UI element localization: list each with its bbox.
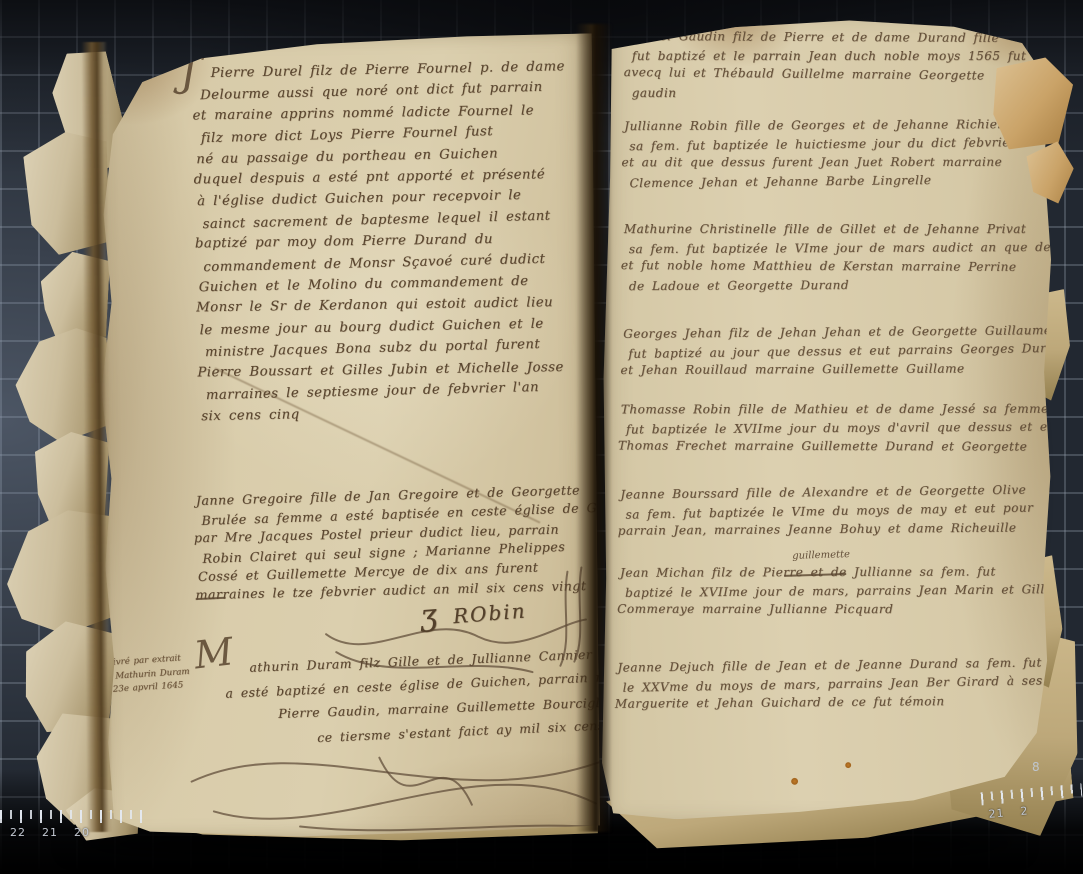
baptism-entry: Michel Gaudin filz de Pierre et de dame … — [627, 27, 1047, 104]
handwritten-line: et fut noble home Matthieu de Kerstan ma… — [621, 256, 1041, 276]
handwritten-line: parrain Jean, marraines Jeanne Bohuy et … — [618, 519, 1038, 541]
right-page: 41 Michel Gaudin filz de Pierre et de da… — [595, 17, 1054, 821]
baptism-entry: Thomasse Robin fille de Mathieu et de da… — [621, 400, 1041, 457]
handwritten-line: Thomas Frechet marraine Guillemette Dura… — [618, 437, 1038, 457]
handwritten-line: fut baptizée le XVIIme jour du moys d'av… — [626, 417, 1046, 439]
ruler-bottom-right: 21 2 — [981, 784, 1083, 829]
handwritten-line: Thomasse Robin fille de Mathieu et de da… — [621, 400, 1041, 419]
handwritten-line: Mathurine Christinelle fille de Gillet e… — [624, 220, 1044, 239]
baptism-entry: Georges Jehan filz de Jehan Jehan et de … — [623, 321, 1043, 380]
ruler-number: 2 — [1020, 804, 1029, 818]
paper-stain-dot — [845, 762, 851, 768]
ruler-number: 21 — [988, 806, 1005, 820]
handwritten-line: fut baptizé et le parrain Jean duch nobl… — [632, 47, 1052, 66]
page-stack-crease — [81, 42, 113, 832]
baptism-entry: Jean Michan filz de Pierre et de Jullian… — [620, 562, 1040, 619]
baptism-entry: Mathurine Christinelle fille de Gillet e… — [624, 220, 1044, 294]
manuscript-photograph: ʃ Pierre Durel filz de Pierre Fournel p.… — [0, 0, 1083, 874]
handwritten-line: Jean Michan filz de Pierre et de Jullian… — [620, 562, 1040, 582]
handwritten-line: sa fem. fut baptizée le VIme jour de mar… — [629, 238, 1049, 259]
baptism-entry: Pierre Durel filz de Pierre Fournel p. d… — [195, 56, 592, 427]
ruler-ticks-major — [0, 810, 145, 823]
handwritten-line: Clemence Jehan et Jehanne Barbe Lingrell… — [629, 170, 1049, 193]
ruler-number-vertical: 8 — [1032, 760, 1040, 774]
bottom-flourish — [179, 731, 600, 838]
handwritten-line: Michel Gaudin filz de Pierre et de dame … — [627, 27, 1047, 48]
handwritten-line: et Jehan Rouillaud marraine Guillemette … — [620, 359, 1040, 379]
ruler-number: 21 — [42, 826, 58, 839]
handwritten-line: gaudin — [632, 84, 1052, 103]
ruler-number: 22 — [10, 826, 26, 839]
signature-paraph: ʒ — [419, 597, 441, 633]
handwritten-line: et au dit que dessus furent Jean Juet Ro… — [621, 153, 1041, 172]
left-page: ʃ Pierre Durel filz de Pierre Fournel p.… — [92, 33, 600, 838]
interline-correction: guillemette — [792, 549, 850, 562]
baptism-entry: Jullianne Robin fille de Georges et de J… — [624, 115, 1044, 192]
handwritten-line: de Ladoue et Georgette Durand — [629, 275, 1049, 296]
handwritten-line: avecq lui et Thébauld Guillelme marraine… — [624, 63, 1044, 86]
baptism-entry: Jeanne Dejuch fille de Jean et de Jeanne… — [617, 653, 1048, 714]
handwritten-line: Commeraye marraine Jullianne Picquard — [617, 600, 1037, 619]
baptism-entry: Jeanne Bourssard fille de Alexandre et d… — [620, 480, 1041, 541]
handwritten-line: baptizé le XVIIme jour de mars, parrains… — [625, 580, 1045, 602]
book-gutter-shadow — [576, 24, 612, 832]
paper-stain-dot — [791, 778, 798, 785]
handwritten-line: Marguerite et Jehan Guichard de ce fut t… — [615, 692, 1045, 714]
ruler-bottom-left: 22 21 20 — [0, 810, 190, 846]
ruler-number: 20 — [74, 826, 90, 839]
